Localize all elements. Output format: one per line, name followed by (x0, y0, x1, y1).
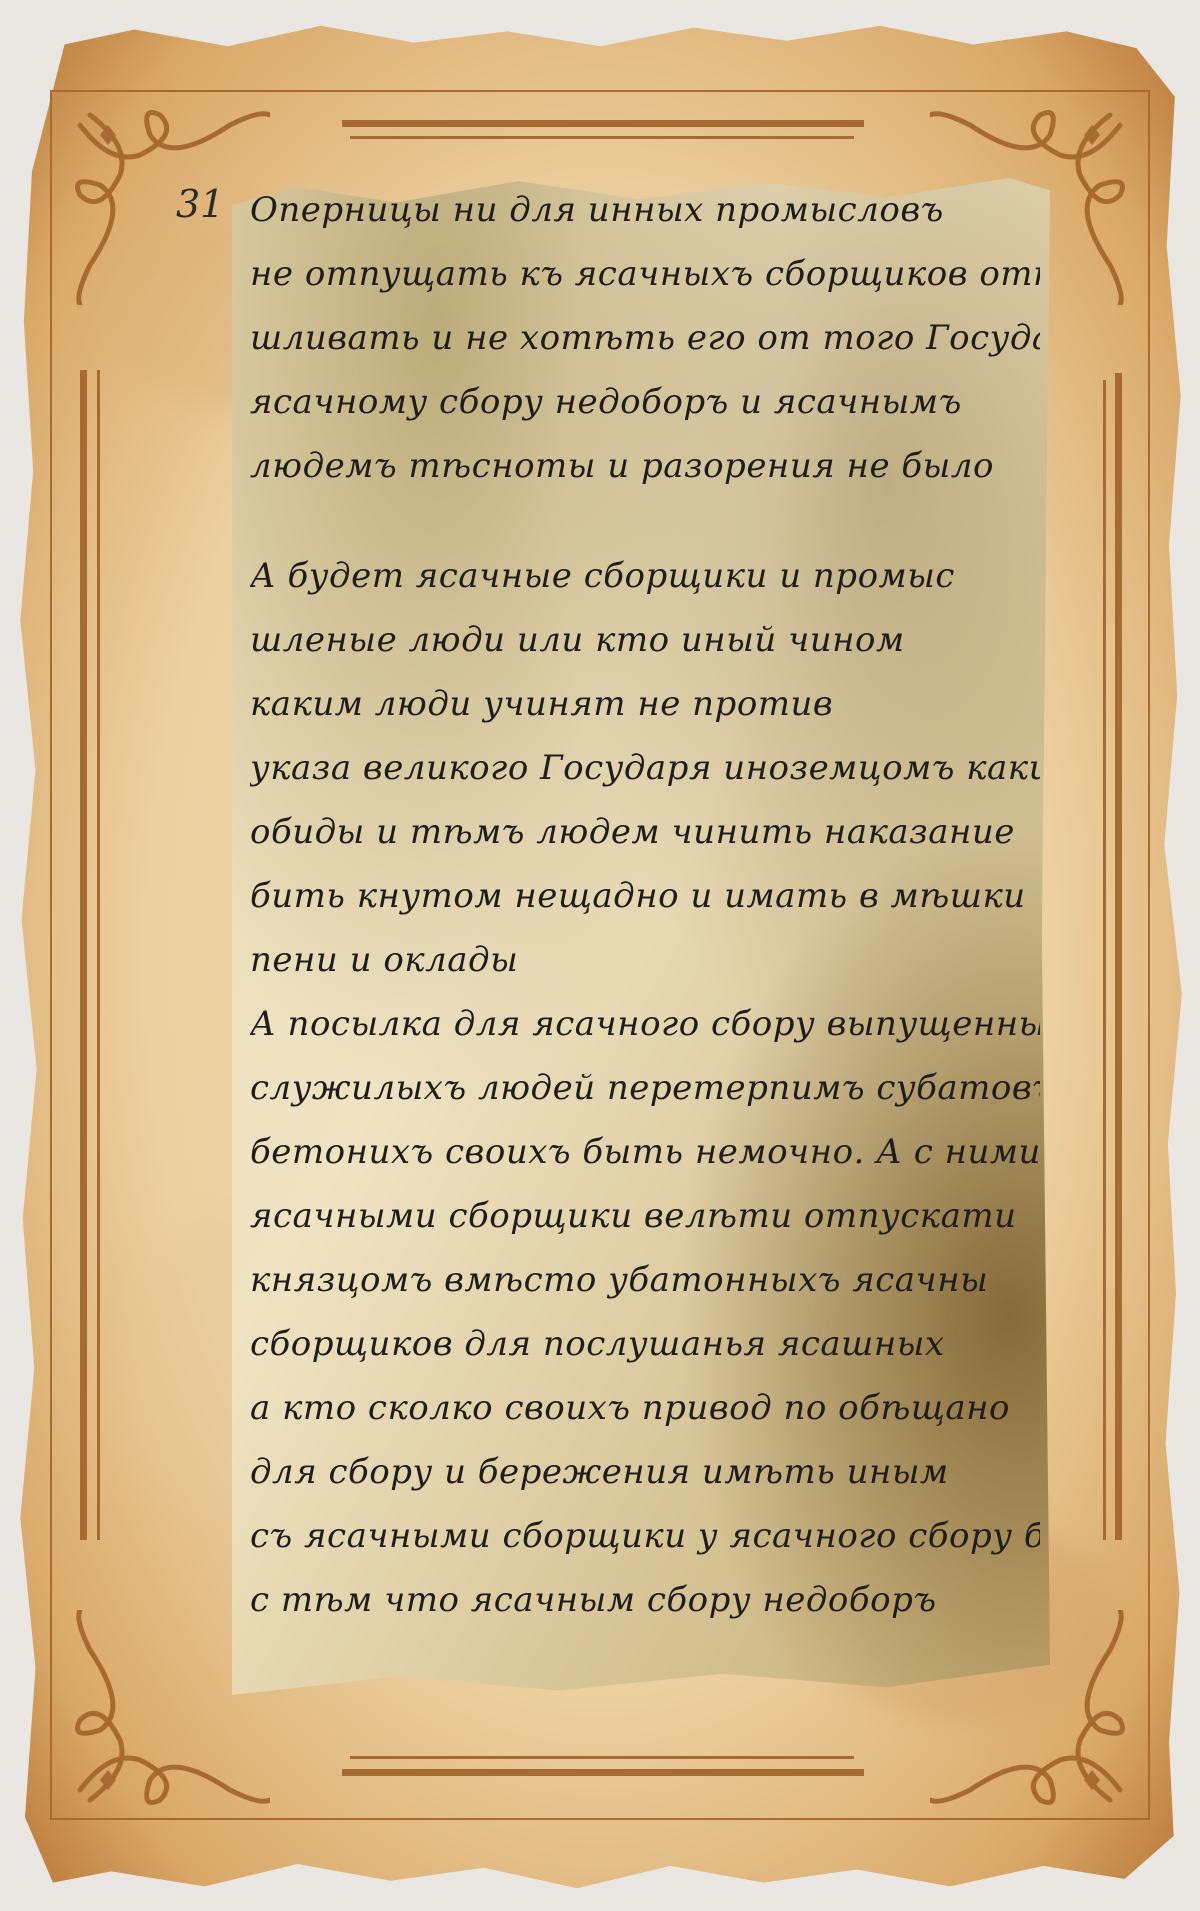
bottom-rule-thick (342, 1769, 864, 1776)
text-line: А будет ясачные сборщики и промыс (250, 544, 1040, 608)
text-line: указа великого Государя иноземцомъ какие (250, 736, 1040, 800)
text-line: каким люди учинят не против (250, 672, 1040, 736)
text-line: обиды и тѣмъ людем чинить наказание (250, 800, 1040, 864)
text-line: для сбору и бережения имѣть иным (250, 1440, 1040, 1504)
text-line: шливать и не хотѣть его от того Государя (250, 306, 1040, 370)
text-line: бетонихъ своихъ быть немочно. А с ними (250, 1120, 1040, 1184)
right-rule-thick (1115, 373, 1122, 1540)
bottom-rule-thin (350, 1756, 854, 1759)
left-rule-thin (97, 370, 100, 1540)
text-line: не отпущать къ ясачныхъ сборщиков откром… (250, 242, 1040, 306)
text-line: людемъ тѣсноты и разорения не было (250, 434, 1040, 498)
text-line: пени и оклады (250, 928, 1040, 992)
text-line: сборщиков для послушанья ясашных (250, 1312, 1040, 1376)
text-line: А посылка для ясачного сбору выпущенные … (250, 992, 1040, 1056)
right-rule-thin (1103, 380, 1106, 1540)
text-line: князцомъ вмѣсто убатонныхъ ясачны (250, 1248, 1040, 1312)
text-line: а кто сколко своихъ привод по обѣщано (250, 1376, 1040, 1440)
text-line: ясачному сбору недоборъ и ясачнымъ (250, 370, 1040, 434)
text-line: шленые люди или кто иный чином (250, 608, 1040, 672)
page-number: 31 (176, 182, 224, 226)
top-rule-thick (342, 120, 864, 127)
text-line: Оперницы ни для инных промысловъ (250, 178, 1040, 242)
manuscript-text: Оперницы ни для инных промысловъ не отпу… (250, 178, 1040, 1632)
left-rule-thick (80, 370, 87, 1540)
text-line: съ ясачными сборщики у ясачного сбору бы… (250, 1504, 1040, 1568)
top-rule-thin (350, 136, 854, 139)
text-line: бить кнутом нещадно и имать в мѣшки (250, 864, 1040, 928)
text-line: служилыхъ людей перетерпимъ субатовъ (250, 1056, 1040, 1120)
text-line: с тѣм что ясачным сбору недоборъ (250, 1568, 1040, 1632)
text-line: ясачными сборщики велѣти отпускати (250, 1184, 1040, 1248)
